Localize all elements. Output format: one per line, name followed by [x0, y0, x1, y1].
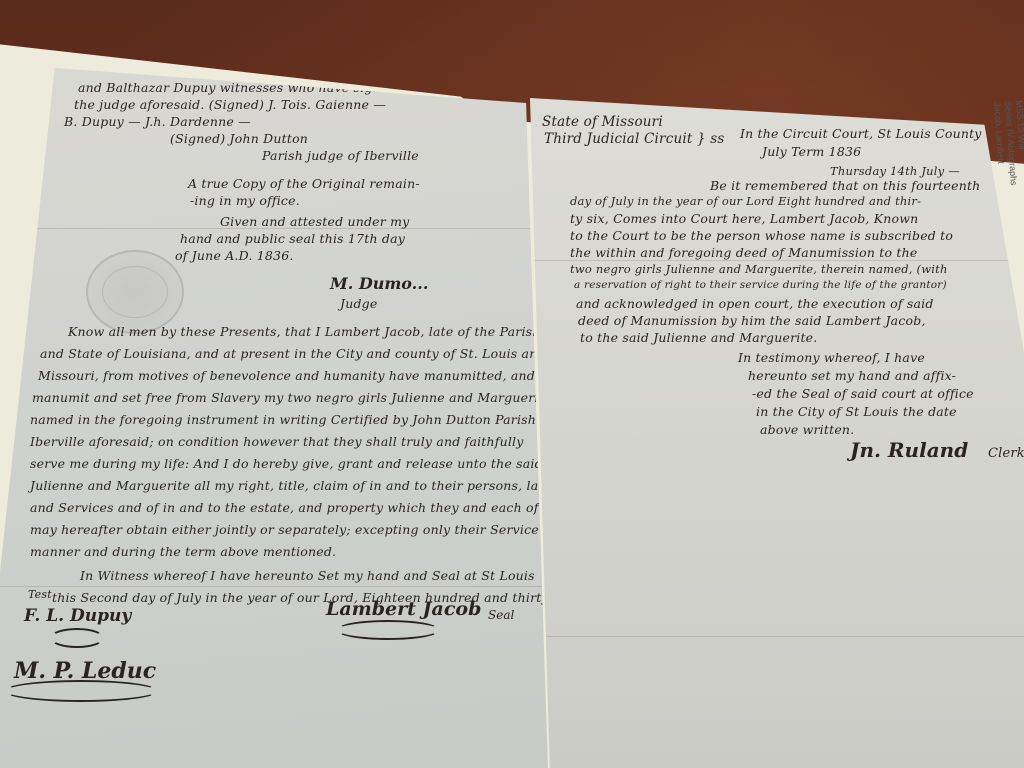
fold-crease [530, 636, 1024, 637]
text-line: Parish judge of Iberville [262, 148, 419, 163]
text-line: deed of Manumission by him the said Lamb… [578, 313, 926, 328]
text-line: In Witness whereof I have hereunto Set m… [80, 568, 535, 583]
text-line: In testimony whereof, I have [738, 350, 925, 365]
date-line: Thursday 14th July — [830, 164, 960, 178]
embossed-seal [86, 250, 184, 334]
text-line: hand and public seal this 17th day [180, 231, 405, 246]
text-line: may hereafter obtain either jointly or s… [30, 522, 556, 537]
judge-title: Judge [340, 296, 377, 311]
text-line: and acknowledged in open court, the exec… [576, 296, 934, 311]
header-right-line: In the Circuit Court, St Louis County [740, 126, 982, 141]
text-line: manumit and set free from Slavery my two… [32, 390, 597, 405]
text-line: B. Dupuy — J.h. Dardenne — [64, 114, 251, 129]
witness-signature: F. L. Dupuy [24, 606, 131, 626]
text-line: Be it remembered that on this fourteenth [710, 178, 980, 193]
text-line: -ed the Seal of said court at office [752, 386, 974, 401]
text-line: a reservation of right to their service … [574, 279, 947, 291]
text-line: A true Copy of the Original remain- [188, 176, 420, 191]
text-line: ty six, Comes into Court here, Lambert J… [570, 211, 918, 226]
clerk-title: Clerk [988, 446, 1024, 461]
judge-signature: M. Dumo... [330, 274, 428, 293]
text-line: manner and during the term above mention… [30, 544, 336, 559]
text-line: in the City of St Louis the date [756, 404, 957, 419]
header-right-line: July Term 1836 [762, 144, 861, 159]
header-left-line: Third Judicial Circuit } ss [544, 131, 725, 147]
text-line: day of July in the year of our Lord Eigh… [570, 194, 921, 208]
signature-flourish [4, 680, 158, 702]
text-line: hereunto set my hand and affix- [748, 368, 956, 383]
fold-crease [530, 260, 1024, 261]
text-line: and State of Louisiana, and at present i… [40, 346, 601, 361]
signature-flourish [50, 628, 104, 648]
text-line: named in the foregoing instrument in wri… [30, 412, 594, 427]
text-line: to the Court to be the person whose name… [570, 228, 953, 243]
text-line: the judge aforesaid. (Signed) J. Tois. G… [74, 97, 386, 112]
left-page: and Balthazar Dupuy witnesses who have s… [0, 68, 548, 768]
text-line: serve me during my life: And I do hereby… [30, 456, 543, 471]
text-line: Given and attested under my [220, 214, 409, 229]
fold-crease [0, 586, 548, 587]
text-line: -ing in my office. [190, 193, 300, 208]
text-line: of June A.D. 1836. [175, 248, 294, 263]
witness-label: Test [28, 588, 52, 601]
clerk-signature: Jn. Ruland [850, 438, 968, 462]
text-line: this Second day of July in the year of o… [52, 590, 582, 605]
text-line: Julienne and Marguerite all my right, ti… [30, 478, 560, 493]
text-line: (Signed) John Dutton [170, 131, 308, 146]
grantor-signature: Lambert Jacob [326, 598, 481, 620]
right-page: State of Missouri Third Judicial Circuit… [530, 98, 1024, 768]
text-line: and Services and of in and to the estate… [30, 500, 576, 515]
header-left-line: State of Missouri [542, 114, 663, 130]
text-line: above written. [760, 422, 854, 437]
text-line: two negro girls Julienne and Marguerite,… [570, 262, 948, 276]
text-line: Iberville aforesaid; on condition howeve… [30, 434, 524, 449]
seal-mark: Seal [488, 608, 514, 622]
signature-flourish [336, 620, 440, 640]
text-line: Missouri, from motives of benevolence an… [38, 368, 604, 383]
text-line: to the said Julienne and Marguerite. [580, 330, 817, 345]
text-line: the within and foregoing deed of Manumis… [570, 245, 917, 260]
